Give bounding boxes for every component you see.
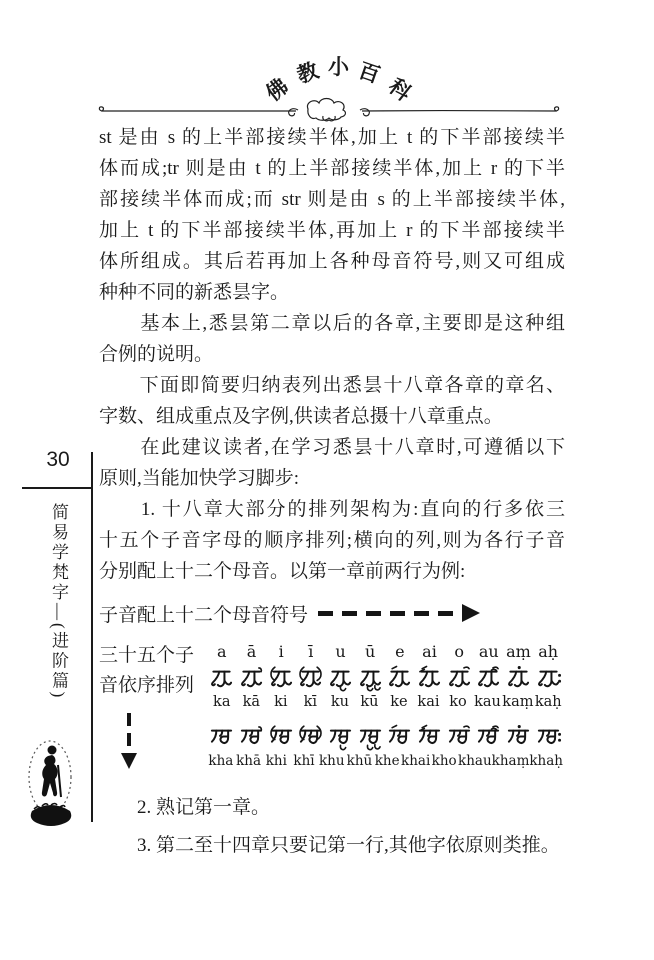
kha-glyph-row <box>207 722 563 752</box>
siddham-kha-glyph <box>237 722 267 752</box>
siddham-ka-glyph <box>533 663 563 693</box>
ka-syllable-label: kai <box>414 693 444 712</box>
ka-syllable-label: kū <box>355 693 385 712</box>
page-number: 30 <box>26 448 90 472</box>
page-number-rule <box>22 487 92 489</box>
siddham-kha-glyph <box>385 722 415 752</box>
kha-syllable-label: khaṃ <box>492 752 530 771</box>
siddham-ka-glyph <box>355 663 385 693</box>
vowel-label: ā <box>237 641 267 663</box>
text-line: 体而成;tr 则是由 t 的上半部接续半体,加上 r 的下半 <box>99 153 565 184</box>
ka-romanization-row: kakākikīkukūkekaikokaukaṃkaḥ <box>207 693 563 712</box>
vowel-label: aṃ <box>504 641 534 663</box>
vowel-label: o <box>444 641 474 663</box>
ka-glyph-row <box>207 663 563 693</box>
arrow-caption: 子音配上十二个母音符号 <box>99 600 308 627</box>
list-item: 2. 熟记第一章。 <box>99 789 565 827</box>
text-line: 分别配上十二个母音。以第一章前两行为例: <box>99 556 565 587</box>
book-title-vertical: 简易学梵字—(进阶篇) <box>46 503 71 763</box>
vowel-label: e <box>385 641 415 663</box>
kha-syllable-label: khu <box>318 752 346 771</box>
vowel-label: ī <box>296 641 326 663</box>
text-line: 下面即简要归纳表列出悉昙十八章各章的章名、 <box>99 370 565 401</box>
vowel-label: au <box>474 641 504 663</box>
text-line: 1. 十八章大部分的排列架构为:直向的行多依三 <box>99 494 565 525</box>
siddham-table-diagram: 三十五个子 音依序排列 aāiīuūeaioauaṃaḥ kakākikīkuk… <box>99 641 565 771</box>
siddham-ka-glyph <box>237 663 267 693</box>
ka-syllable-label: ki <box>266 693 296 712</box>
ka-syllable-label: ke <box>384 693 414 712</box>
header-char: 小 <box>328 51 349 81</box>
vowel-label: i <box>266 641 296 663</box>
right-dashed-arrow-icon <box>318 604 480 622</box>
siddham-ka-glyph <box>296 663 326 693</box>
siddham-kha-glyph <box>296 722 326 752</box>
body-paragraph-lines: st 是由 s 的上半部接续半体,加上 t 的下半部接续半体而成;tr 则是由 … <box>99 122 565 587</box>
siddham-ka-glyph <box>326 663 356 693</box>
ka-syllable-label: ka <box>207 693 237 712</box>
down-dashed-arrow-icon <box>99 713 159 769</box>
siddham-ka-glyph <box>504 663 534 693</box>
buddhist-figure-logo <box>25 735 77 839</box>
siddham-kha-glyph <box>504 722 534 752</box>
text-line: 基本上,悉昙第二章以后的各章,主要即是这种组 <box>99 308 565 339</box>
main-text-column: st 是由 s 的上半部接续半体,加上 t 的下半部接续半体而成;tr 则是由 … <box>99 122 565 865</box>
kha-syllable-label: khi <box>262 752 290 771</box>
text-line: st 是由 s 的上半部接续半体,加上 t 的下半部接续半 <box>99 122 565 153</box>
header-divider-ornament <box>92 90 566 124</box>
siddham-ka-glyph <box>207 663 237 693</box>
consonant-order-label-line2: 音依序排列 <box>99 671 207 701</box>
text-line: 体所组成。其后若再加上各种母音符号,则又可组成 <box>99 246 565 277</box>
kha-syllable-label: kho <box>430 752 458 771</box>
kha-syllable-label: khau <box>458 752 492 771</box>
row-gap <box>207 712 563 722</box>
text-line: 原则,当能加快学习脚步: <box>99 463 565 494</box>
kha-syllable-label: khai <box>401 752 430 771</box>
text-line: 加上 t 的下半部接续半体,再加上 r 的下半部接续半 <box>99 215 565 246</box>
siddham-kha-glyph <box>444 722 474 752</box>
ka-syllable-label: kī <box>296 693 326 712</box>
siddham-ka-glyph <box>444 663 474 693</box>
vowel-label: a <box>207 641 237 663</box>
text-line: 种种不同的新悉昙字。 <box>99 277 565 308</box>
text-line: 部接续半体而成;而 str 则是由 s 的上半部接续半体, <box>99 184 565 215</box>
kha-syllable-label: khū <box>346 752 374 771</box>
ka-syllable-label: kā <box>237 693 267 712</box>
siddham-kha-glyph <box>355 722 385 752</box>
siddham-kha-glyph <box>326 722 356 752</box>
kha-syllable-label: kha <box>207 752 235 771</box>
siddham-rows: aāiīuūeaioauaṃaḥ kakākikīkukūkekaikokauk… <box>207 641 563 771</box>
siddham-kha-glyph <box>415 722 445 752</box>
text-line: 在此建议读者,在学习悉昙十八章时,可遵循以下 <box>99 432 565 463</box>
ka-syllable-label: kaṃ <box>502 693 533 712</box>
vowel-arrow-caption-row: 子音配上十二个母音符号 <box>99 597 565 629</box>
vowel-label: ai <box>415 641 445 663</box>
siddham-kha-glyph <box>266 722 296 752</box>
vowel-label: u <box>326 641 356 663</box>
kha-syllable-label: khaḥ <box>529 752 563 771</box>
vowel-romanization-row: aāiīuūeaioauaṃaḥ <box>207 641 563 663</box>
sidebar-vertical-rule <box>91 452 93 822</box>
kha-syllable-label: khā <box>235 752 263 771</box>
ka-syllable-label: ko <box>443 693 473 712</box>
siddham-kha-glyph <box>474 722 504 752</box>
ka-syllable-label: kau <box>473 693 503 712</box>
header-char: 百 <box>355 54 385 89</box>
vowel-label: aḥ <box>533 641 563 663</box>
siddham-ka-glyph <box>385 663 415 693</box>
kha-romanization-row: khakhākhikhīkhukhūkhekhaikhokhaukhaṃkhaḥ <box>207 752 563 771</box>
vowel-label: ū <box>355 641 385 663</box>
text-line: 十五个子音字母的顺序排列;横向的列,则为各行子音 <box>99 525 565 556</box>
kha-syllable-label: khe <box>373 752 401 771</box>
siddham-ka-glyph <box>415 663 445 693</box>
ka-syllable-label: ku <box>325 693 355 712</box>
header-char: 教 <box>293 54 323 89</box>
siddham-kha-glyph <box>207 722 237 752</box>
study-principles-list: 2. 熟记第一章。 3. 第二至十四章只要记第一行,其他字依原则类推。 <box>99 789 565 865</box>
text-line: 合例的说明。 <box>99 339 565 370</box>
siddham-ka-glyph <box>474 663 504 693</box>
siddham-kha-glyph <box>533 722 563 752</box>
text-line: 字数、组成重点及字例,供读者总摄十八章重点。 <box>99 401 565 432</box>
ka-syllable-label: kaḥ <box>533 693 563 712</box>
consonant-order-label-line1: 三十五个子 <box>99 641 207 671</box>
kha-syllable-label: khī <box>290 752 318 771</box>
list-item: 3. 第二至十四章只要记第一行,其他字依原则类推。 <box>99 827 565 865</box>
siddham-ka-glyph <box>266 663 296 693</box>
consonant-order-label: 三十五个子 音依序排列 <box>99 641 207 771</box>
